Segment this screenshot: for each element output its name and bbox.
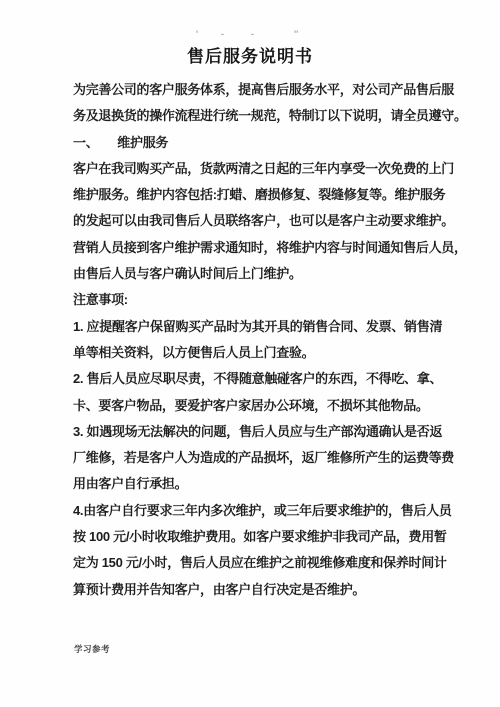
document-body: 为完善公司的客户服务体系，提高售后服务水平，对公司产品售后服务及退换货的操作流程…: [73, 77, 435, 603]
para-maintenance-service-line-5: 由售后人员与客户确认时间后上门维护。: [73, 261, 435, 287]
note-3-line-3: 用由客户自行承担。: [73, 471, 435, 497]
note-2-line-2: 卡、要客户物品，要爱护客户家居办公环境，不损坏其他物品。: [73, 393, 435, 419]
para-maintenance-service-line-3: 的发起可以由我司售后人员联络客户，也可以是客户主动要求维护。: [73, 208, 435, 234]
note-4-line-2: 按 100 元/小时收取维护费用。如客户要求维护非我司产品，费用暂: [73, 524, 435, 550]
scan-artifact-mark: '': [294, 29, 298, 39]
note-2-line-1: 2. 售后人员应尽职尽责，不得随意触碰客户的东西，不得吃、拿、: [73, 366, 435, 392]
scan-artifact-mark: -: [221, 29, 224, 39]
note-3-line-2: 厂维修，若是客户人为造成的产品损坏，返厂维修所产生的运费等费: [73, 445, 435, 471]
note-1-line-1: 1. 应提醒客户保留购买产品时为其开具的销售合同、发票、销售清: [73, 314, 435, 340]
scan-artifacts: '--'': [0, 29, 500, 41]
scan-artifact-mark: ': [196, 29, 198, 39]
intro-line-2: 务及退换货的操作流程进行统一规范，特制订以下说明，请全员遵守。: [73, 103, 435, 129]
para-maintenance-service-line-4: 营销人员接到客户维护需求通知时，将维护内容与时间通知售后人员，: [73, 235, 435, 261]
note-3-line-1: 3. 如遇现场无法解决的问题，售后人员应与生产部沟通确认是否返: [73, 419, 435, 445]
section-heading-maintenance: 一、 维护服务: [73, 130, 435, 156]
page-title: 售后服务说明书: [0, 42, 500, 67]
note-1-line-2: 单等相关资料，以方便售后人员上门查验。: [73, 340, 435, 366]
para-maintenance-service-line-2: 维护服务。维护内容包括:打蜡、磨损修复、裂缝修复等。维护服务: [73, 182, 435, 208]
intro-line-1: 为完善公司的客户服务体系，提高售后服务水平，对公司产品售后服: [73, 77, 435, 103]
note-4-line-3: 定为 150 元/小时，售后人员应在维护之前视维修难度和保养时间计: [73, 550, 435, 576]
notes-heading: 注意事项:: [73, 287, 435, 313]
page-footer: 学习参考: [74, 643, 110, 655]
scan-artifact-mark: -: [251, 29, 254, 39]
document-page: '--'' 售后服务说明书 为完善公司的客户服务体系，提高售后服务水平，对公司产…: [0, 0, 500, 707]
note-4-line-1: 4.由客户自行要求三年内多次维护，或三年后要求维护的，售后人员: [73, 498, 435, 524]
para-maintenance-service-line-1: 客户在我司购买产品，货款两清之日起的三年内享受一次免费的上门: [73, 156, 435, 182]
note-4-line-4: 算预计费用并告知客户，由客户自行决定是否维护。: [73, 577, 435, 603]
